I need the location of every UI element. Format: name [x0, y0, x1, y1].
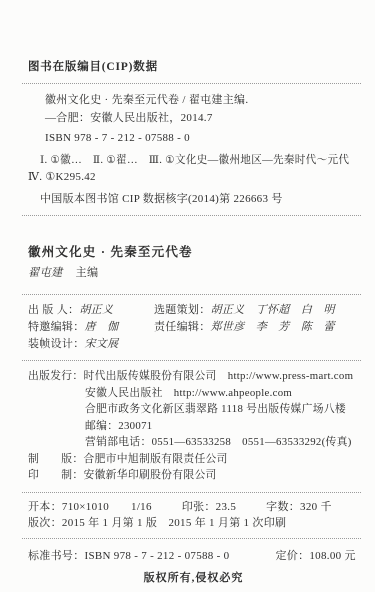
postal-code-line: 邮编：230071: [28, 418, 359, 435]
cip-title-line: 徽州文化史 · 先秦至元代卷 / 翟屯建主编.: [28, 91, 359, 109]
publish-issue-line: 出版发行：时代出版传媒股份有限公司 http://www.press-mart.…: [28, 368, 359, 385]
dotted-divider: [22, 538, 361, 539]
edition-line: 版次：2015 年 1 月第 1 版 2015 年 1 月第 1 次印刷: [28, 515, 359, 532]
publishing-info: 出版发行：时代出版传媒股份有限公司 http://www.press-mart.…: [28, 368, 359, 484]
book-title: 徽州文化史 · 先秦至元代卷: [28, 244, 359, 260]
binding-designer: 装帧设计：宋文展: [28, 336, 154, 353]
cip-record: 徽州文化史 · 先秦至元代卷 / 翟屯建主编. —合肥：安徽人民出版社，2014…: [28, 91, 359, 208]
format-specs-line: 开本：710×10101/16印张：23.5字数：320 千: [28, 499, 359, 516]
invited-editor-label: 特邀编辑：: [28, 321, 85, 333]
price: 定价：108.00 元: [275, 550, 355, 562]
editor-line: 翟屯建主编: [28, 266, 359, 281]
publisher-person-label: 出 版 人：: [28, 304, 79, 316]
editor-role: 主编: [75, 267, 98, 279]
dotted-divider: [22, 83, 361, 84]
printing-label: 印 制：: [28, 469, 83, 481]
binding-designer-label: 装帧设计：: [28, 338, 85, 350]
cip-class-line-2: Ⅳ. ①K295.42: [28, 169, 359, 186]
responsible-editor: 责任编辑：郑世彦 李 芳 陈 蕾: [154, 319, 335, 336]
marketing-phone-line: 营销部电话：0551—63533258 0551—63533292(传真): [28, 434, 359, 451]
publish-issue-label: 出版发行：: [28, 370, 83, 382]
publisher-person: 出 版 人：胡正义: [28, 302, 154, 319]
staff-row: 出 版 人：胡正义 选题策划：胡正义 丁怀超 白 明: [28, 302, 359, 319]
cip-classification: Ⅰ. ①徽… Ⅱ. ①翟… Ⅲ. ①文化史—徽州地区—先秦时代～元代 Ⅳ. ①K…: [28, 152, 359, 186]
publisher-address-line: 合肥市政务文化新区翡翠路 1118 号出版传媒广场八楼: [28, 401, 359, 418]
topic-planning-label: 选题策划：: [154, 304, 211, 316]
standard-isbn: 标准书号：ISBN 978 - 7 - 212 - 07588 - 0: [28, 550, 229, 562]
dotted-divider: [22, 294, 361, 295]
publisher-url-line: 安徽人民出版社 http://www.ahpeople.com: [28, 385, 359, 402]
publisher-person-value: 胡正义: [79, 304, 113, 316]
book-copyright-page: 图书在版编目(CIP)数据 徽州文化史 · 先秦至元代卷 / 翟屯建主编. —合…: [0, 0, 375, 592]
format-fraction: 1/16: [131, 501, 152, 513]
topic-planning-value: 胡正义 丁怀超 白 明: [211, 304, 335, 316]
format-spec: 开本：710×1010: [28, 501, 109, 513]
dotted-divider: [22, 492, 361, 493]
responsible-editor-label: 责任编辑：: [154, 321, 211, 333]
sheets-spec: 印张：23.5: [182, 501, 236, 513]
cip-header: 图书在版编目(CIP)数据: [28, 60, 359, 74]
dotted-divider: [22, 215, 361, 216]
invited-editor-value: 唐 伽: [85, 321, 119, 333]
plate-making-value: 合肥市中旭制版有限责任公司: [83, 453, 227, 465]
copyright-notice: 版权所有,侵权必究: [28, 571, 359, 586]
print-specs: 开本：710×10101/16印张：23.5字数：320 千 版次：2015 年…: [28, 499, 359, 532]
cip-registry-line: 中国版本图书馆 CIP 数据核字(2014)第 226663 号: [28, 191, 359, 208]
responsible-editor-value: 郑世彦 李 芳 陈 蕾: [211, 321, 335, 333]
staff-row: 特邀编辑：唐 伽 责任编辑：郑世彦 李 芳 陈 蕾: [28, 319, 359, 336]
cip-publisher-line: —合肥：安徽人民出版社，2014.7: [28, 109, 359, 127]
cip-isbn-line: ISBN 978 - 7 - 212 - 07588 - 0: [28, 129, 359, 147]
topic-planning: 选题策划：胡正义 丁怀超 白 明: [154, 302, 335, 319]
staff-credits: 出 版 人：胡正义 选题策划：胡正义 丁怀超 白 明 特邀编辑：唐 伽 责任编辑…: [28, 302, 359, 353]
isbn-price-line: 标准书号：ISBN 978 - 7 - 212 - 07588 - 0定价：10…: [28, 548, 359, 564]
plate-making-line: 制 版：合肥市中旭制版有限责任公司: [28, 451, 359, 468]
binding-designer-value: 宋文展: [85, 338, 119, 350]
invited-editor: 特邀编辑：唐 伽: [28, 319, 154, 336]
staff-row: 装帧设计：宋文展: [28, 336, 359, 353]
word-count-spec: 字数：320 千: [266, 501, 332, 513]
plate-making-label: 制 版：: [28, 453, 83, 465]
printing-line: 印 制：安徽新华印刷股份有限公司: [28, 467, 359, 484]
publish-issue-value: 时代出版传媒股份有限公司 http://www.press-mart.com: [83, 370, 353, 382]
cip-class-line-1: Ⅰ. ①徽… Ⅱ. ①翟… Ⅲ. ①文化史—徽州地区—先秦时代～元代: [28, 152, 359, 169]
editor-name: 翟屯建: [28, 267, 62, 279]
dotted-divider: [22, 360, 361, 361]
printing-value: 安徽新华印刷股份有限公司: [83, 469, 216, 481]
